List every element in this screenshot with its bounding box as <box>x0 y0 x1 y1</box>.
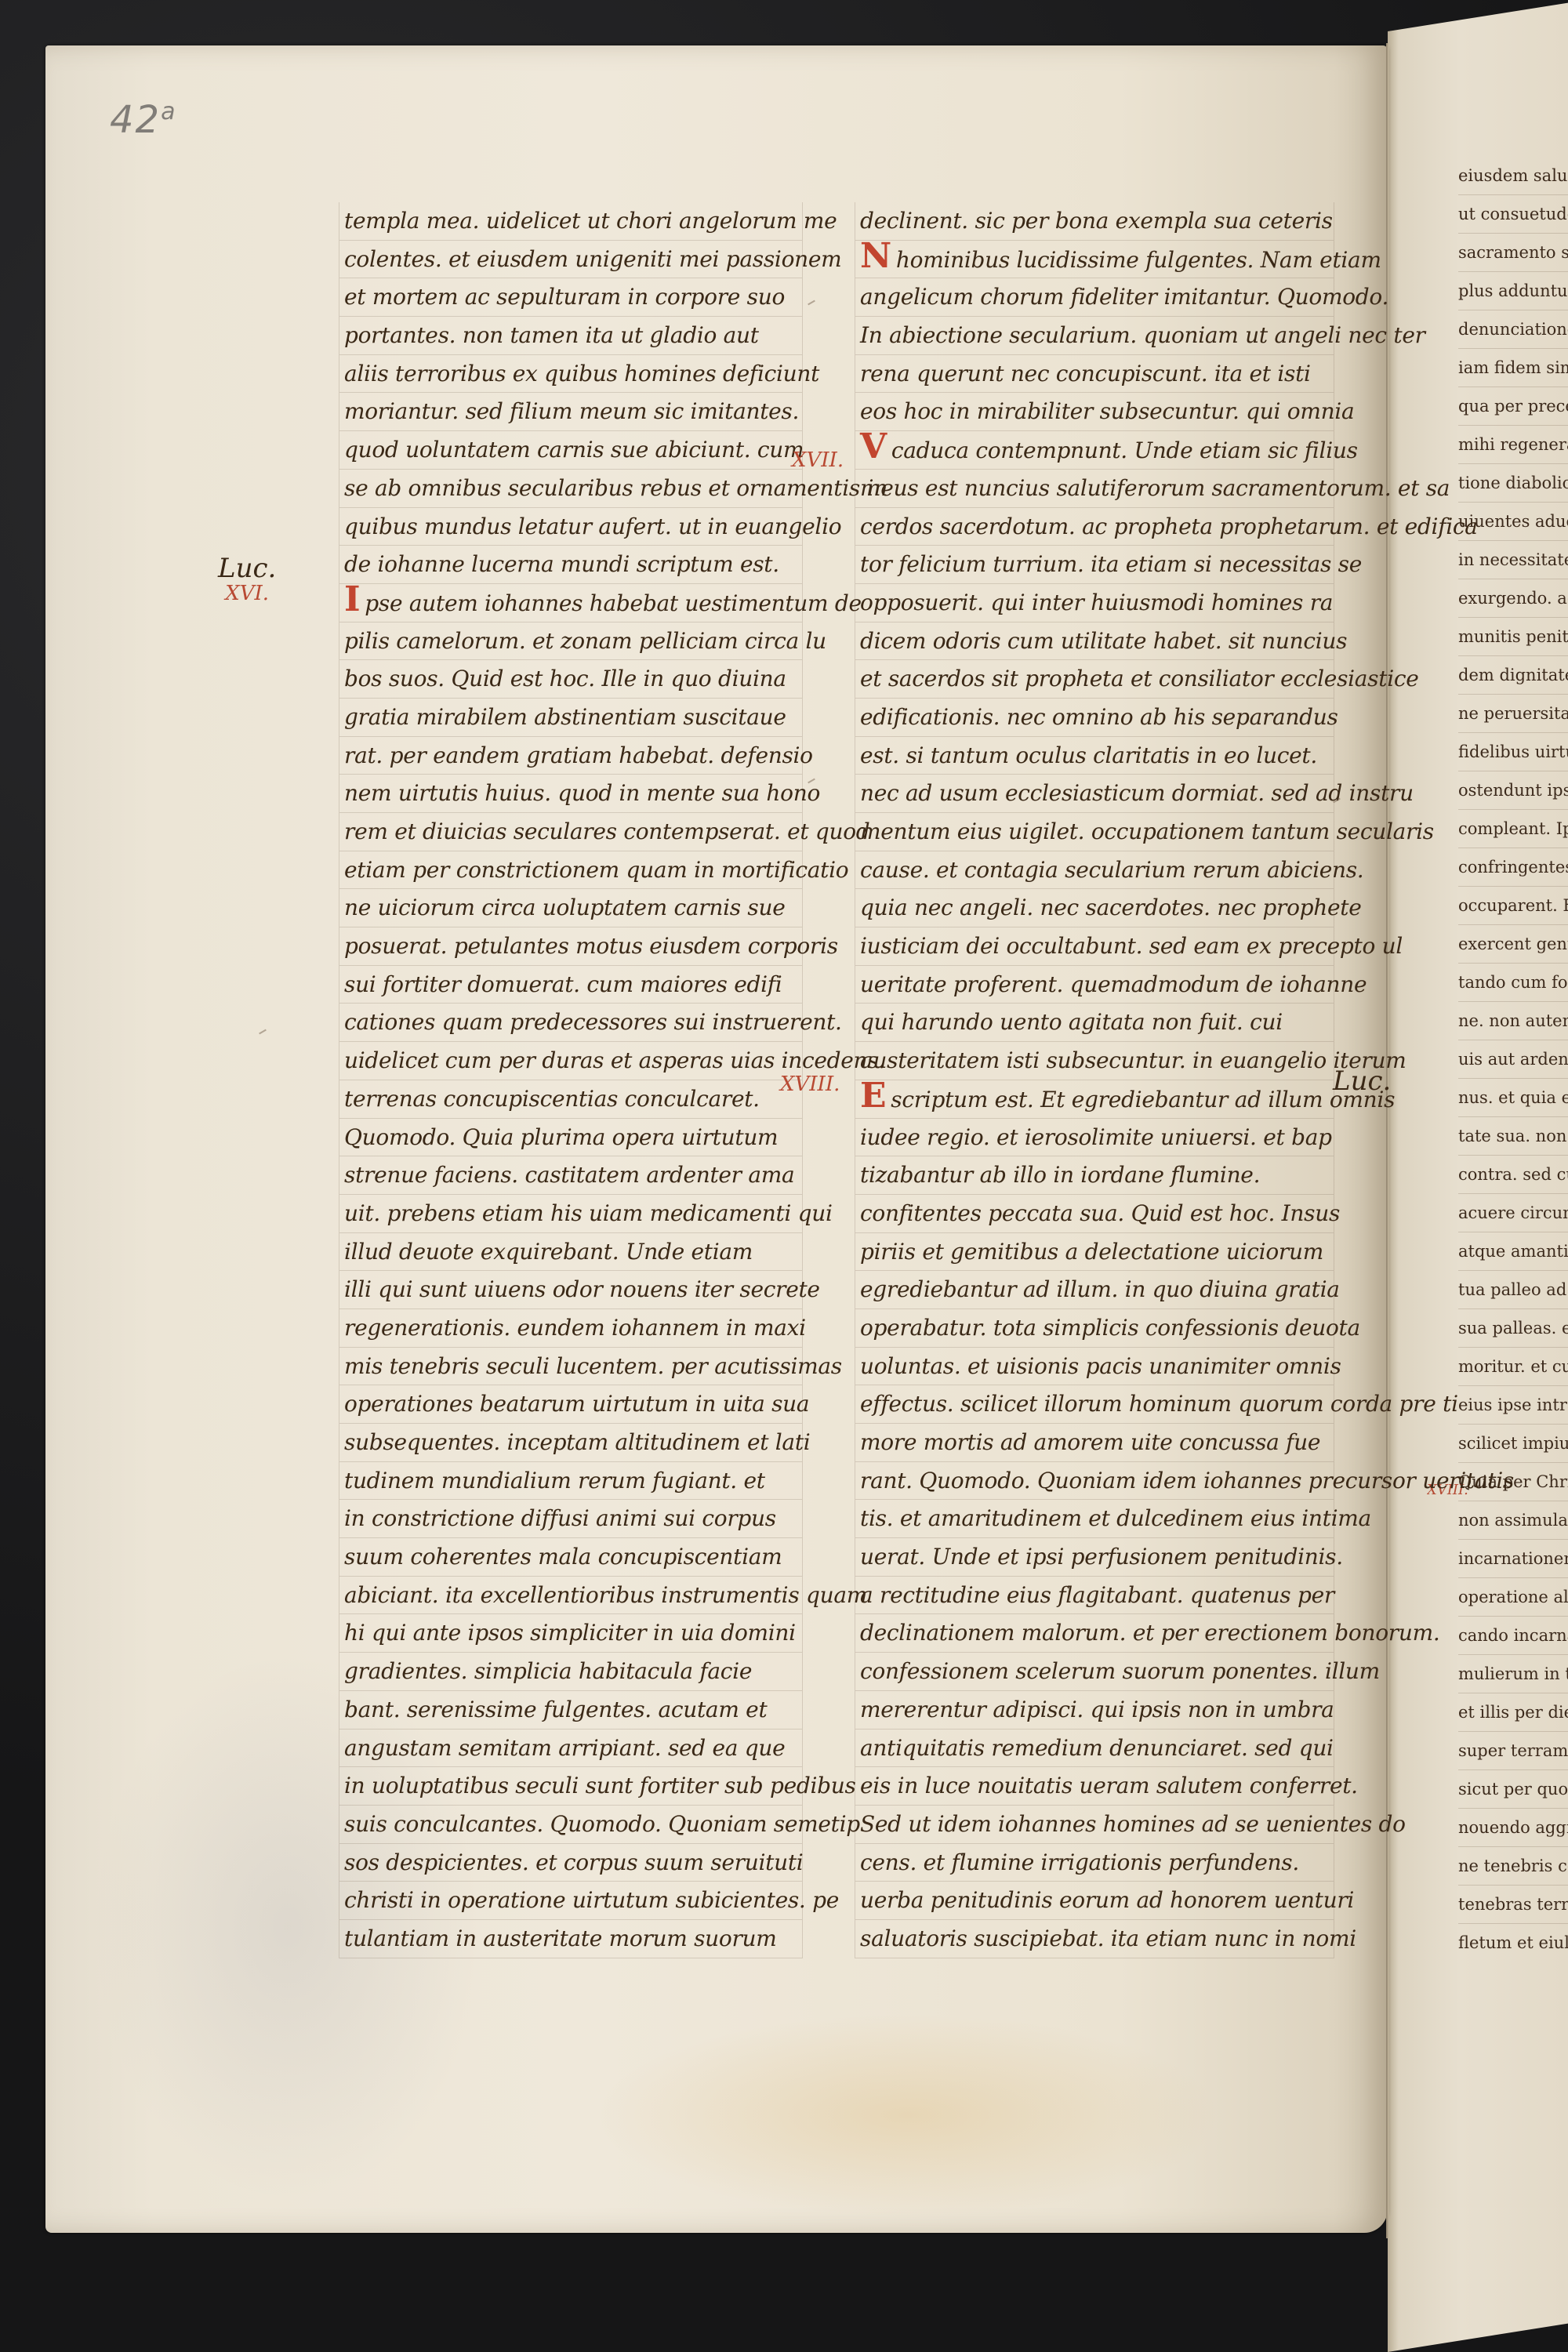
rubricated-initial: N <box>860 241 891 272</box>
text-line-content: uoluntas. et uisionis pacis unanimiter o… <box>860 1353 1341 1379</box>
text-line-content: illud deuote exquirebant. Unde etiam <box>344 1239 753 1265</box>
text-line: tor felicium turrium. ita etiam si neces… <box>855 546 1334 584</box>
facing-page-line: denunciatione <box>1458 310 1568 349</box>
text-line-content: mentum eius uigilet. occupationem tantum… <box>860 818 1434 844</box>
text-line: rant. Quomodo. Quoniam idem iohannes pre… <box>855 1462 1334 1501</box>
text-line: a rectitudine eius flagitabant. quatenus… <box>855 1577 1334 1615</box>
text-line: in uoluptatibus seculi sunt fortiter sub… <box>339 1767 802 1806</box>
text-line-content: christi in operatione uirtutum subicient… <box>344 1887 839 1913</box>
text-line-content: sui fortiter domuerat. cum maiores edifi <box>344 971 782 997</box>
facing-page-line: ostendunt ipsi in <box>1458 771 1568 810</box>
text-line-content: tor felicium turrium. ita etiam si neces… <box>860 551 1362 577</box>
facing-page-line: nus. et quia etiam non <box>1458 1079 1568 1117</box>
text-line-content: operabatur. tota simplicis confessionis … <box>860 1315 1360 1341</box>
text-line-content: rena querunt nec concupiscunt. ita et is… <box>860 361 1311 387</box>
facing-page-line: eiusdem saluatoris qui <box>1458 157 1568 195</box>
facing-page-line: compleant. Ipsi vero <box>1458 810 1568 848</box>
text-line-content: saluatoris suscipiebat. ita etiam nunc i… <box>860 1926 1356 1951</box>
facing-page-line: tione diabolice <box>1458 464 1568 503</box>
water-stain <box>594 2013 1221 2217</box>
text-line-content: subsequentes. inceptam altitudinem et la… <box>344 1429 810 1455</box>
facing-page-line: scilicet impium platorum <box>1458 1425 1568 1463</box>
text-line: angustam semitam arripiant. sed ea que <box>339 1730 802 1768</box>
text-line: declinent. sic per bona exempla sua cete… <box>855 202 1334 241</box>
text-line-content: ne uiciorum circa uoluptatem carnis sue <box>344 895 785 920</box>
text-line-content: ueritate proferent. quemadmodum de iohan… <box>860 971 1367 997</box>
facing-page-line: contra. sed cum <box>1458 1156 1568 1194</box>
facing-page-line: tate sua. non tamen in <box>1458 1117 1568 1156</box>
marginal-label: Luc. <box>218 555 276 583</box>
text-line: subsequentes. inceptam altitudinem et la… <box>339 1424 802 1462</box>
text-line: declinationem malorum. et per erectionem… <box>855 1614 1334 1653</box>
text-line-content: cause. et contagia secularium rerum abic… <box>860 857 1363 883</box>
text-line: terrenas concupiscentias conculcaret. <box>339 1080 802 1119</box>
text-line: eis in luce nouitatis ueram salutem conf… <box>855 1767 1334 1806</box>
text-line: pilis camelorum. et zonam pelliciam circ… <box>339 622 802 661</box>
text-line: christi in operatione uirtutum subicient… <box>339 1882 802 1920</box>
text-line: hi qui ante ipsos simpliciter in uia dom… <box>339 1614 802 1653</box>
text-line: saluatoris suscipiebat. ita etiam nunc i… <box>855 1920 1334 1958</box>
text-line-content: edificationis. nec omnino ab his separan… <box>860 704 1338 730</box>
text-line-content: bant. serenissime fulgentes. acutam et <box>344 1697 767 1722</box>
text-line: de iohanne lucerna mundi scriptum est. <box>339 546 802 584</box>
gutter-fold <box>1386 43 1389 2238</box>
text-line-content: angustam semitam arripiant. sed ea que <box>344 1735 785 1761</box>
text-line-content: hominibus lucidissime fulgentes. Nam eti… <box>896 247 1381 273</box>
facing-page-line: fidelibus uirtute <box>1458 733 1568 771</box>
text-line-content: est. si tantum oculus claritatis in eo l… <box>860 742 1317 768</box>
facing-page-line: plus adduntur mine <box>1458 272 1568 310</box>
text-line: iusticiam dei occultabunt. sed eam ex pr… <box>855 927 1334 966</box>
text-line: portantes. non tamen ita ut gladio aut <box>339 317 802 355</box>
text-line-content: suis conculcantes. Quomodo. Quoniam seme… <box>344 1811 860 1837</box>
facing-page-line: fletum et eiulatione <box>1458 1924 1568 1960</box>
text-line-content: illi qui sunt uiuens odor nouens iter se… <box>344 1276 820 1302</box>
facing-page-line: ut consuetudo fi <box>1458 195 1568 234</box>
text-line-content: piriis et gemitibus a delectatione uicio… <box>860 1239 1323 1265</box>
text-line: illi qui sunt uiuens odor nouens iter se… <box>339 1271 802 1309</box>
facing-page-line: confringentes <box>1458 848 1568 887</box>
text-line-content: scriptum est. Et egrediebantur ad illum … <box>891 1087 1395 1112</box>
text-line: regenerationis. eundem iohannem in maxi <box>339 1309 802 1348</box>
text-line-content: operationes beatarum uirtutum in uita su… <box>344 1391 809 1417</box>
text-line: mis tenebris seculi lucentem. per acutis… <box>339 1348 802 1386</box>
marginal-note-luke-16: Luc. XVI. <box>218 555 276 604</box>
text-line: uoluntas. et uisionis pacis unanimiter o… <box>855 1348 1334 1386</box>
text-line-content: nem uirtutis huius. quod in mente sua ho… <box>344 780 820 806</box>
text-line: more mortis ad amorem uite concussa fue <box>855 1424 1334 1462</box>
facing-page-line: ne tenebris contra <box>1458 1847 1568 1886</box>
text-line: ueritate proferent. quemadmodum de iohan… <box>855 966 1334 1004</box>
text-line: confessionem scelerum suorum ponentes. i… <box>855 1653 1334 1691</box>
text-line: In abiectione secularium. quoniam ut ang… <box>855 317 1334 355</box>
text-line: se ab omnibus secularibus rebus et ornam… <box>339 470 802 508</box>
facing-page-line: tando cum fonte <box>1458 964 1568 1002</box>
text-line-content: qui harundo uento agitata non fuit. cui <box>860 1009 1283 1035</box>
facing-page-line: ne peruersitas dei <box>1458 695 1568 733</box>
text-line: tis. et amaritudinem et dulcedinem eius … <box>855 1500 1334 1538</box>
text-line-content: confitentes peccata sua. Quid est hoc. I… <box>860 1200 1340 1226</box>
text-line: dicem odoris cum utilitate habet. sit nu… <box>855 622 1334 661</box>
text-line-content: quod uoluntatem carnis sue abiciunt. cum <box>344 437 804 463</box>
text-line: qui harundo uento agitata non fuit. cui <box>855 1004 1334 1042</box>
text-column-b: declinent. sic per bona exempla sua cete… <box>855 202 1334 1958</box>
text-line: Ipse autem iohannes habebat uestimentum … <box>339 584 802 622</box>
text-line: operationes beatarum uirtutum in uita su… <box>339 1385 802 1424</box>
facing-page-line: incarnationem filii m <box>1458 1540 1568 1578</box>
text-line-content: more mortis ad amorem uite concussa fue <box>860 1429 1320 1455</box>
text-line-content: templa mea. uidelicet ut chori angelorum… <box>344 208 837 234</box>
facing-page-line: tua palleo ad tendo <box>1458 1271 1568 1309</box>
text-line: rena querunt nec concupiscunt. ita et is… <box>855 355 1334 394</box>
facing-page-line: non assimulatur. quia et <box>1458 1501 1568 1540</box>
text-line: edificationis. nec omnino ab his separan… <box>855 699 1334 737</box>
text-line-content: moriantur. sed filium meum sic imitantes… <box>344 398 799 424</box>
text-line-content: Sed ut idem iohannes homines ad se uenie… <box>860 1811 1406 1837</box>
text-line: bos suos. Quid est hoc. Ille in quo diui… <box>339 660 802 699</box>
text-line-content: iusticiam dei occultabunt. sed eam ex pr… <box>860 933 1403 959</box>
text-line-content: pilis camelorum. et zonam pelliciam circ… <box>344 628 826 654</box>
text-line: Quomodo. Quia plurima opera uirtutum <box>339 1119 802 1157</box>
text-line: tudinem mundialium rerum fugiant. et <box>339 1462 802 1501</box>
text-line: tizabantur ab illo in iordane flumine. <box>855 1156 1334 1195</box>
rubricated-initial: V <box>860 431 887 463</box>
text-line-content: et mortem ac sepulturam in corpore suo <box>344 284 785 310</box>
text-line: uit. prebens etiam his uiam medicamenti … <box>339 1195 802 1233</box>
text-line: strenue faciens. castitatem ardenter ama <box>339 1156 802 1195</box>
facing-page-line: munitis penitus <box>1458 618 1568 656</box>
text-line-content: cationes quam predecessores sui instruer… <box>344 1009 842 1035</box>
text-line: colentes. et eiusdem unigeniti mei passi… <box>339 241 802 279</box>
text-line: effectus. scilicet illorum hominum quoru… <box>855 1385 1334 1424</box>
text-line: illud deuote exquirebant. Unde etiam <box>339 1233 802 1272</box>
text-line: Escriptum est. Et egrediebantur ad illum… <box>855 1080 1334 1119</box>
text-line-content: In abiectione secularium. quoniam ut ang… <box>860 322 1425 348</box>
facing-page-line: atque amantissimi <box>1458 1232 1568 1271</box>
text-line: mererentur adipisci. qui ipsis non in um… <box>855 1691 1334 1730</box>
text-line-content: nec ad usum ecclesiasticum dormiat. sed … <box>860 780 1414 806</box>
text-column-a: templa mea. uidelicet ut chori angelorum… <box>339 202 803 1958</box>
text-line: suis conculcantes. Quomodo. Quoniam seme… <box>339 1806 802 1844</box>
text-line: posuerat. petulantes motus eiusdem corpo… <box>339 927 802 966</box>
text-line-content: dicem odoris cum utilitate habet. sit nu… <box>860 628 1347 654</box>
folio-number-suffix: a <box>161 98 176 125</box>
folio-number: 42a <box>110 98 176 142</box>
text-line: moriantur. sed filium meum sic imitantes… <box>339 393 802 431</box>
facing-page-line: ne. non autem excussit <box>1458 1002 1568 1040</box>
text-line: mentum eius uigilet. occupationem tantum… <box>855 813 1334 851</box>
text-line-content: opposuerit. qui inter huiusmodi homines … <box>860 590 1333 615</box>
text-line-content: terrenas concupiscentias conculcaret. <box>344 1086 760 1112</box>
text-line: opposuerit. qui inter huiusmodi homines … <box>855 584 1334 622</box>
rubricated-initial: I <box>344 584 360 615</box>
facing-page-line: mihi regeneratio <box>1458 426 1568 464</box>
marginal-chapter-numeral: XVIII. <box>780 1074 840 1095</box>
text-line-content: se ab omnibus secularibus rebus et ornam… <box>344 475 887 501</box>
facing-page-line: nouendo aggrede <box>1458 1809 1568 1847</box>
text-line: cens. et flumine irrigationis perfundens… <box>855 1844 1334 1882</box>
text-line-content: confessionem scelerum suorum ponentes. i… <box>860 1658 1380 1684</box>
facing-page-line: sua palleas. et qui <box>1458 1309 1568 1348</box>
text-line: quia nec angeli. nec sacerdotes. nec pro… <box>855 889 1334 927</box>
marginal-chapter-numeral: XVII. <box>792 450 844 471</box>
text-line: bant. serenissime fulgentes. acutam et <box>339 1691 802 1730</box>
text-line: aliis terroribus ex quibus homines defic… <box>339 355 802 394</box>
text-line-content: in uoluptatibus seculi sunt fortiter sub… <box>344 1773 856 1798</box>
text-line-content: gradientes. simplicia habitacula facie <box>344 1658 752 1684</box>
text-line-content: de iohanne lucerna mundi scriptum est. <box>344 551 779 577</box>
facing-page-line: qua per preceptu <box>1458 387 1568 426</box>
text-line-content: regenerationis. eundem iohannem in maxi <box>344 1315 806 1341</box>
facing-page-line: mulierum in terram <box>1458 1655 1568 1693</box>
text-line-content: rant. Quomodo. Quoniam idem iohannes pre… <box>860 1468 1514 1494</box>
text-line: quod uoluntatem carnis sue abiciunt. cum <box>339 431 802 470</box>
facing-page-line: cando incarnatione <box>1458 1617 1568 1655</box>
text-line-content: hi qui ante ipsos simpliciter in uia dom… <box>344 1620 796 1646</box>
text-line-content: gratia mirabilem abstinentiam suscitaue <box>344 704 786 730</box>
facing-page-line: eius ipse intra die <box>1458 1386 1568 1425</box>
text-line-content: iudee regio. et ierosolimite uniuersi. e… <box>860 1124 1332 1150</box>
text-line-content: austeritatem isti subsecuntur. in euange… <box>860 1047 1406 1073</box>
marginal-label: Luc. <box>1333 1068 1391 1096</box>
text-line: sui fortiter domuerat. cum maiores edifi <box>339 966 802 1004</box>
facing-page-line: in necessitate fi <box>1458 541 1568 579</box>
text-line-content: mererentur adipisci. qui ipsis non in um… <box>860 1697 1334 1722</box>
text-line: confitentes peccata sua. Quid est hoc. I… <box>855 1195 1334 1233</box>
text-line-content: meus est nuncius salutiferorum sacrament… <box>860 475 1450 501</box>
text-line: Sed ut idem iohannes homines ad se uenie… <box>855 1806 1334 1844</box>
text-line: piriis et gemitibus a delectatione uicio… <box>855 1233 1334 1272</box>
text-line-content: bos suos. Quid est hoc. Ille in quo diui… <box>344 666 786 691</box>
facing-page-line: iam fidem similit <box>1458 349 1568 387</box>
text-line-content: mis tenebris seculi lucentem. per acutis… <box>344 1353 842 1379</box>
text-line: ne uiciorum circa uoluptatem carnis sue <box>339 889 802 927</box>
text-line: in constrictione diffusi animi sui corpu… <box>339 1500 802 1538</box>
text-line-content: portantes. non tamen ita ut gladio aut <box>344 322 759 348</box>
text-line-content: abiciant. ita excellentioribus instrumen… <box>344 1582 867 1608</box>
text-line: meus est nuncius salutiferorum sacrament… <box>855 470 1334 508</box>
text-line: uidelicet cum per duras et asperas uias … <box>339 1042 802 1080</box>
text-line: rem et diuicias seculares contempserat. … <box>339 813 802 851</box>
text-line-content: tulantiam in austeritate morum suorum <box>344 1926 777 1951</box>
text-line: etiam per constrictionem quam in mortifi… <box>339 851 802 890</box>
text-line-content: tudinem mundialium rerum fugiant. et <box>344 1468 765 1494</box>
text-line: et mortem ac sepulturam in corpore suo <box>339 278 802 317</box>
text-line-content: declinationem malorum. et per erectionem… <box>860 1620 1439 1646</box>
text-line-content: posuerat. petulantes motus eiusdem corpo… <box>344 933 838 959</box>
text-line: suum coherentes mala concupiscentiam <box>339 1538 802 1577</box>
marginal-note-18: XVIII. <box>780 1074 840 1095</box>
text-line-content: eos hoc in mirabiliter subsecuntur. qui … <box>860 398 1354 424</box>
text-line: cause. et contagia secularium rerum abic… <box>855 851 1334 890</box>
text-line-content: uerba penitudinis eorum ad honorem uentu… <box>860 1887 1354 1913</box>
marginal-chapter-numeral: XVI. <box>218 583 276 604</box>
text-line: eos hoc in mirabiliter subsecuntur. qui … <box>855 393 1334 431</box>
facing-page-line: sicut per quod dilectio <box>1458 1770 1568 1809</box>
text-line: et sacerdos sit propheta et consiliator … <box>855 660 1334 699</box>
text-line: uerba penitudinis eorum ad honorem uentu… <box>855 1882 1334 1920</box>
text-line-content: egrediebantur ad illum. in quo diuina gr… <box>860 1276 1340 1302</box>
text-line: cerdos sacerdotum. ac propheta prophetar… <box>855 508 1334 546</box>
text-line: austeritatem isti subsecuntur. in euange… <box>855 1042 1334 1080</box>
text-line-content: in constrictione diffusi animi sui corpu… <box>344 1505 776 1531</box>
text-line: cationes quam predecessores sui instruer… <box>339 1004 802 1042</box>
text-line-content: colentes. et eiusdem unigeniti mei passi… <box>344 246 841 272</box>
facing-page-line: exurgendo. ac san <box>1458 579 1568 618</box>
text-line-content: aliis terroribus ex quibus homines defic… <box>344 361 819 387</box>
text-line: operabatur. tota simplicis confessionis … <box>855 1309 1334 1348</box>
text-line-content: tis. et amaritudinem et dulcedinem eius … <box>860 1505 1371 1531</box>
rubricated-initial: E <box>860 1080 886 1112</box>
text-line: nec ad usum ecclesiasticum dormiat. sed … <box>855 775 1334 813</box>
text-line: est. si tantum oculus claritatis in eo l… <box>855 737 1334 775</box>
text-line-content: declinent. sic per bona exempla sua cete… <box>860 208 1333 234</box>
text-line: iudee regio. et ierosolimite uniuersi. e… <box>855 1119 1334 1157</box>
text-line-content: quibus mundus letatur aufert. ut in euan… <box>344 514 841 539</box>
facing-page-line: moritur. et cum <box>1458 1348 1568 1386</box>
text-line: Nhominibus lucidissime fulgentes. Nam et… <box>855 241 1334 279</box>
facing-page-line: occuparent. Et a <box>1458 887 1568 925</box>
text-line-content: pse autem iohannes habebat uestimentum d… <box>365 590 861 616</box>
text-line: abiciant. ita excellentioribus instrumen… <box>339 1577 802 1615</box>
text-line-content: eis in luce nouitatis ueram salutem conf… <box>860 1773 1358 1798</box>
text-line-content: rem et diuicias seculares contempserat. … <box>344 818 869 844</box>
text-line: nem uirtutis huius. quod in mente sua ho… <box>339 775 802 813</box>
text-line-content: strenue faciens. castitatem ardenter ama <box>344 1162 794 1188</box>
text-line-content: suum coherentes mala concupiscentiam <box>344 1544 782 1570</box>
marginal-note-17: XVII. <box>792 450 844 471</box>
facing-page-line: tenebras terrebat <box>1458 1886 1568 1924</box>
text-line-content: rat. per eandem gratiam habebat. defensi… <box>344 742 813 768</box>
text-line: quibus mundus letatur aufert. ut in euan… <box>339 508 802 546</box>
text-line: antiquitatis remedium denunciaret. sed q… <box>855 1730 1334 1768</box>
facing-page-line: et illis per diem <box>1458 1693 1568 1732</box>
facing-page-line: super terram ad base <box>1458 1732 1568 1770</box>
text-line-content: angelicum chorum fideliter imitantur. Qu… <box>860 284 1388 310</box>
folio-number-value: 42 <box>110 98 161 142</box>
text-line-content: uit. prebens etiam his uiam medicamenti … <box>344 1200 833 1226</box>
text-line-content: cens. et flumine irrigationis perfundens… <box>860 1849 1299 1875</box>
facing-page-line: exercent gentes <box>1458 925 1568 964</box>
text-line: egrediebantur ad illum. in quo diuina gr… <box>855 1271 1334 1309</box>
text-line-content: et sacerdos sit propheta et consiliator … <box>860 666 1419 691</box>
text-line-content: cerdos sacerdotum. ac propheta prophetar… <box>860 514 1478 539</box>
text-line-content: antiquitatis remedium denunciaret. sed q… <box>860 1735 1334 1761</box>
text-line: angelicum chorum fideliter imitantur. Qu… <box>855 278 1334 317</box>
facing-page-line: acuere circumspectione <box>1458 1194 1568 1232</box>
text-line-content: caduca contempnunt. Unde etiam sic filiu… <box>891 437 1358 463</box>
text-line-content: sos despicientes. et corpus suum seruitu… <box>344 1849 803 1875</box>
text-line-content: quia nec angeli. nec sacerdotes. nec pro… <box>860 895 1361 920</box>
text-line: gradientes. simplicia habitacula facie <box>339 1653 802 1691</box>
facing-page-line: operatione aliorum <box>1458 1578 1568 1617</box>
text-line-content: effectus. scilicet illorum hominum quoru… <box>860 1391 1458 1417</box>
facing-page-line: dem dignitate in <box>1458 656 1568 695</box>
text-line-content: uerat. Unde et ipsi perfusionem penitudi… <box>860 1544 1343 1570</box>
text-line-content: Quomodo. Quia plurima opera uirtutum <box>344 1124 778 1150</box>
text-line: tulantiam in austeritate morum suorum <box>339 1920 802 1958</box>
text-line: rat. per eandem gratiam habebat. defensi… <box>339 737 802 775</box>
marginal-note-luke-right: Luc. <box>1333 1068 1391 1096</box>
facing-page-text: XVIII. eiusdem saluatoris quiut consuetu… <box>1427 157 1568 1960</box>
text-line: uerat. Unde et ipsi perfusionem penitudi… <box>855 1538 1334 1577</box>
text-line: Vcaduca contempnunt. Unde etiam sic fili… <box>855 431 1334 470</box>
text-line-content: uidelicet cum per duras et asperas uias … <box>344 1047 885 1073</box>
text-line: sos despicientes. et corpus suum seruitu… <box>339 1844 802 1882</box>
text-line-content: a rectitudine eius flagitabant. quatenus… <box>860 1582 1334 1608</box>
facing-page-line: sacramento sancti <box>1458 234 1568 272</box>
text-line: templa mea. uidelicet ut chori angelorum… <box>339 202 802 241</box>
text-line: gratia mirabilem abstinentiam suscitaue <box>339 699 802 737</box>
facing-page-line: uis aut ardens ab <box>1458 1040 1568 1079</box>
text-line-content: etiam per constrictionem quam in mortifi… <box>344 857 848 883</box>
text-line-content: tizabantur ab illo in iordane flumine. <box>860 1162 1260 1188</box>
